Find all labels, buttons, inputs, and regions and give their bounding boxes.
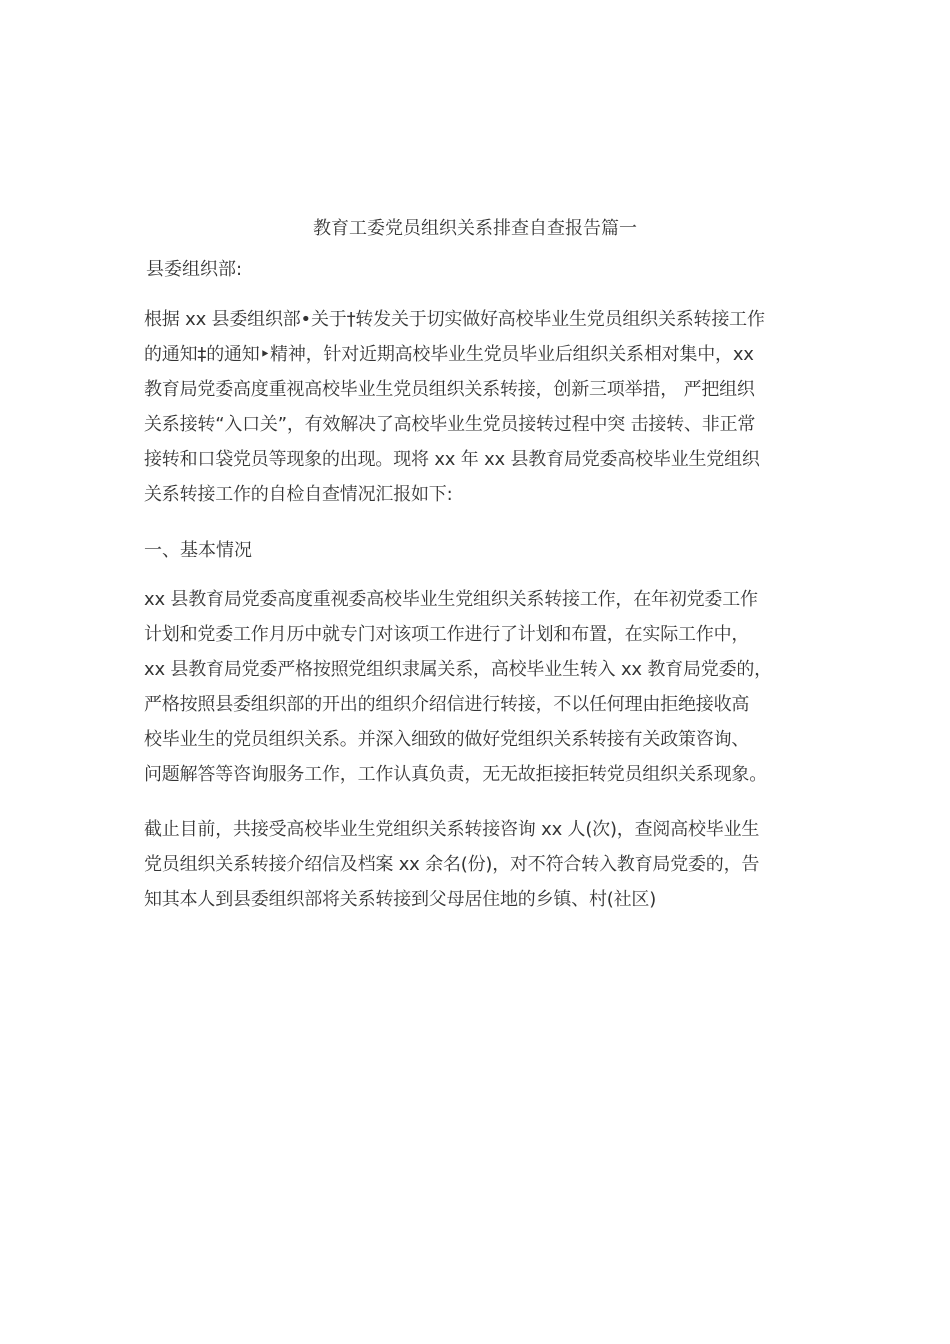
paragraph-statistics: 截止目前，共接受高校毕业生党组织关系转接咨询 xx 人(次)，查阅高校毕业生 党…: [144, 812, 816, 917]
salutation: 县委组织部:: [146, 256, 242, 284]
text-line: 关系转接工作的自检自查情况汇报如下:: [144, 477, 816, 512]
text-line: xx 县教育局党委高度重视委高校毕业生党组织关系转接工作，在年初党委工作: [144, 582, 816, 617]
paragraph-intro: 根据 xx 县委组织部•关于†转发关于切实做好高校毕业生党员组织关系转接工作 的…: [144, 302, 816, 512]
text-line: 接转和口袋党员等现象的出现。现将 xx 年 xx 县教育局党委高校毕业生党组织: [144, 442, 816, 477]
text-line: 党员组织关系转接介绍信及档案 xx 余名(份)，对不符合转入教育局党委的，告: [144, 847, 816, 882]
text-line: 关系接转“入口关”，有效解决了高校毕业生党员接转过程中突 击接转、非正常: [144, 407, 816, 442]
document-title: 教育工委党员组织关系排查自查报告篇一: [0, 214, 950, 244]
text-line: xx 县教育局党委严格按照党组织隶属关系，高校毕业生转入 xx 教育局党委的，: [144, 652, 816, 687]
text-line: 计划和党委工作月历中就专门对该项工作进行了计划和布置，在实际工作中，: [144, 617, 816, 652]
text-line: 知其本人到县委组织部将关系转接到父母居住地的乡镇、村(社区): [144, 882, 816, 917]
text-line: 问题解答等咨询服务工作，工作认真负责，无无故拒接拒转党员组织关系现象。: [144, 757, 816, 792]
paragraph-basic-situation: xx 县教育局党委高度重视委高校毕业生党组织关系转接工作，在年初党委工作 计划和…: [144, 582, 816, 792]
text-line: 根据 xx 县委组织部•关于†转发关于切实做好高校毕业生党员组织关系转接工作: [144, 302, 816, 337]
text-line: 校毕业生的党员组织关系。并深入细致的做好党组织关系转接有关政策咨询、: [144, 722, 816, 757]
text-line: 截止目前，共接受高校毕业生党组织关系转接咨询 xx 人(次)，查阅高校毕业生: [144, 812, 816, 847]
section-heading: 一、基本情况: [144, 536, 252, 566]
text-line: 教育局党委高度重视高校毕业生党员组织关系转接，创新三项举措， 严把组织: [144, 372, 816, 407]
document-page: 教育工委党员组织关系排查自查报告篇一 县委组织部: 根据 xx 县委组织部•关于…: [0, 0, 950, 1344]
text-line: 严格按照县委组织部的开出的组织介绍信进行转接，不以任何理由拒绝接收高: [144, 687, 816, 722]
text-line: 的通知‡的通知‣精神，针对近期高校毕业生党员毕业后组织关系相对集中，xx: [144, 337, 816, 372]
